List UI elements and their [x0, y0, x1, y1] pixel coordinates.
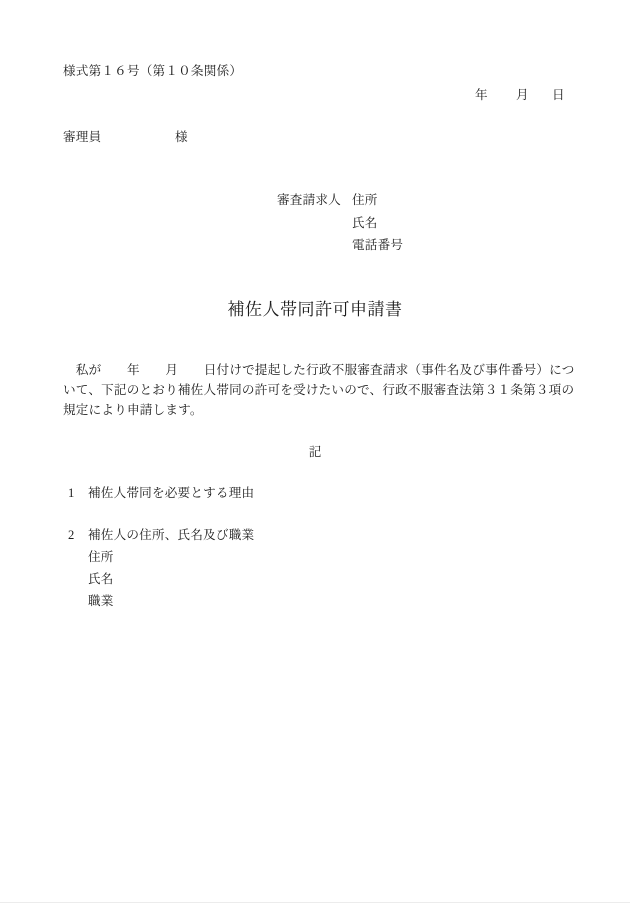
item-1-number: 1 [68, 486, 75, 500]
item-2-text: 補佐人の住所、氏名及び職業 [88, 528, 254, 542]
applicant-label: 審査請求人 [277, 193, 341, 207]
date-month-label: 月 [516, 88, 529, 102]
form-number: 様式第１６号（第１０条関係） [63, 64, 242, 78]
item-2-number: 2 [68, 528, 75, 542]
date-year-label: 年 [475, 88, 488, 102]
addressee-role-label: 審理員 [63, 130, 101, 144]
body-paragraph-line-2: いて、下記のとおり補佐人帯同の許可を受けたいので、行政不服審査法第３１条第３項の [63, 383, 574, 397]
body-paragraph-line-1: 私が 年 月 日付けで提起した行政不服審査請求（事件名及び事件番号）につ [63, 363, 575, 377]
item-2-address-label: 住所 [88, 550, 114, 564]
item-2-occupation-label: 職業 [88, 594, 114, 608]
applicant-phone-label: 電話番号 [352, 238, 403, 252]
record-marker: 記 [0, 445, 630, 459]
addressee-honorific: 様 [175, 130, 188, 144]
applicant-name-label: 氏名 [352, 216, 378, 230]
item-2-name-label: 氏名 [88, 572, 114, 586]
applicant-address-label: 住所 [352, 193, 378, 207]
body-paragraph-line-3: 規定により申請します。 [63, 403, 203, 417]
document-title: 補佐人帯同許可申請書 [0, 300, 630, 320]
item-1-text: 補佐人帯同を必要とする理由 [88, 486, 254, 500]
date-day-label: 日 [552, 88, 565, 102]
document-page: 様式第１６号（第１０条関係） 年 月 日 審理員 様 審査請求人 住所 氏名 電… [0, 0, 630, 903]
